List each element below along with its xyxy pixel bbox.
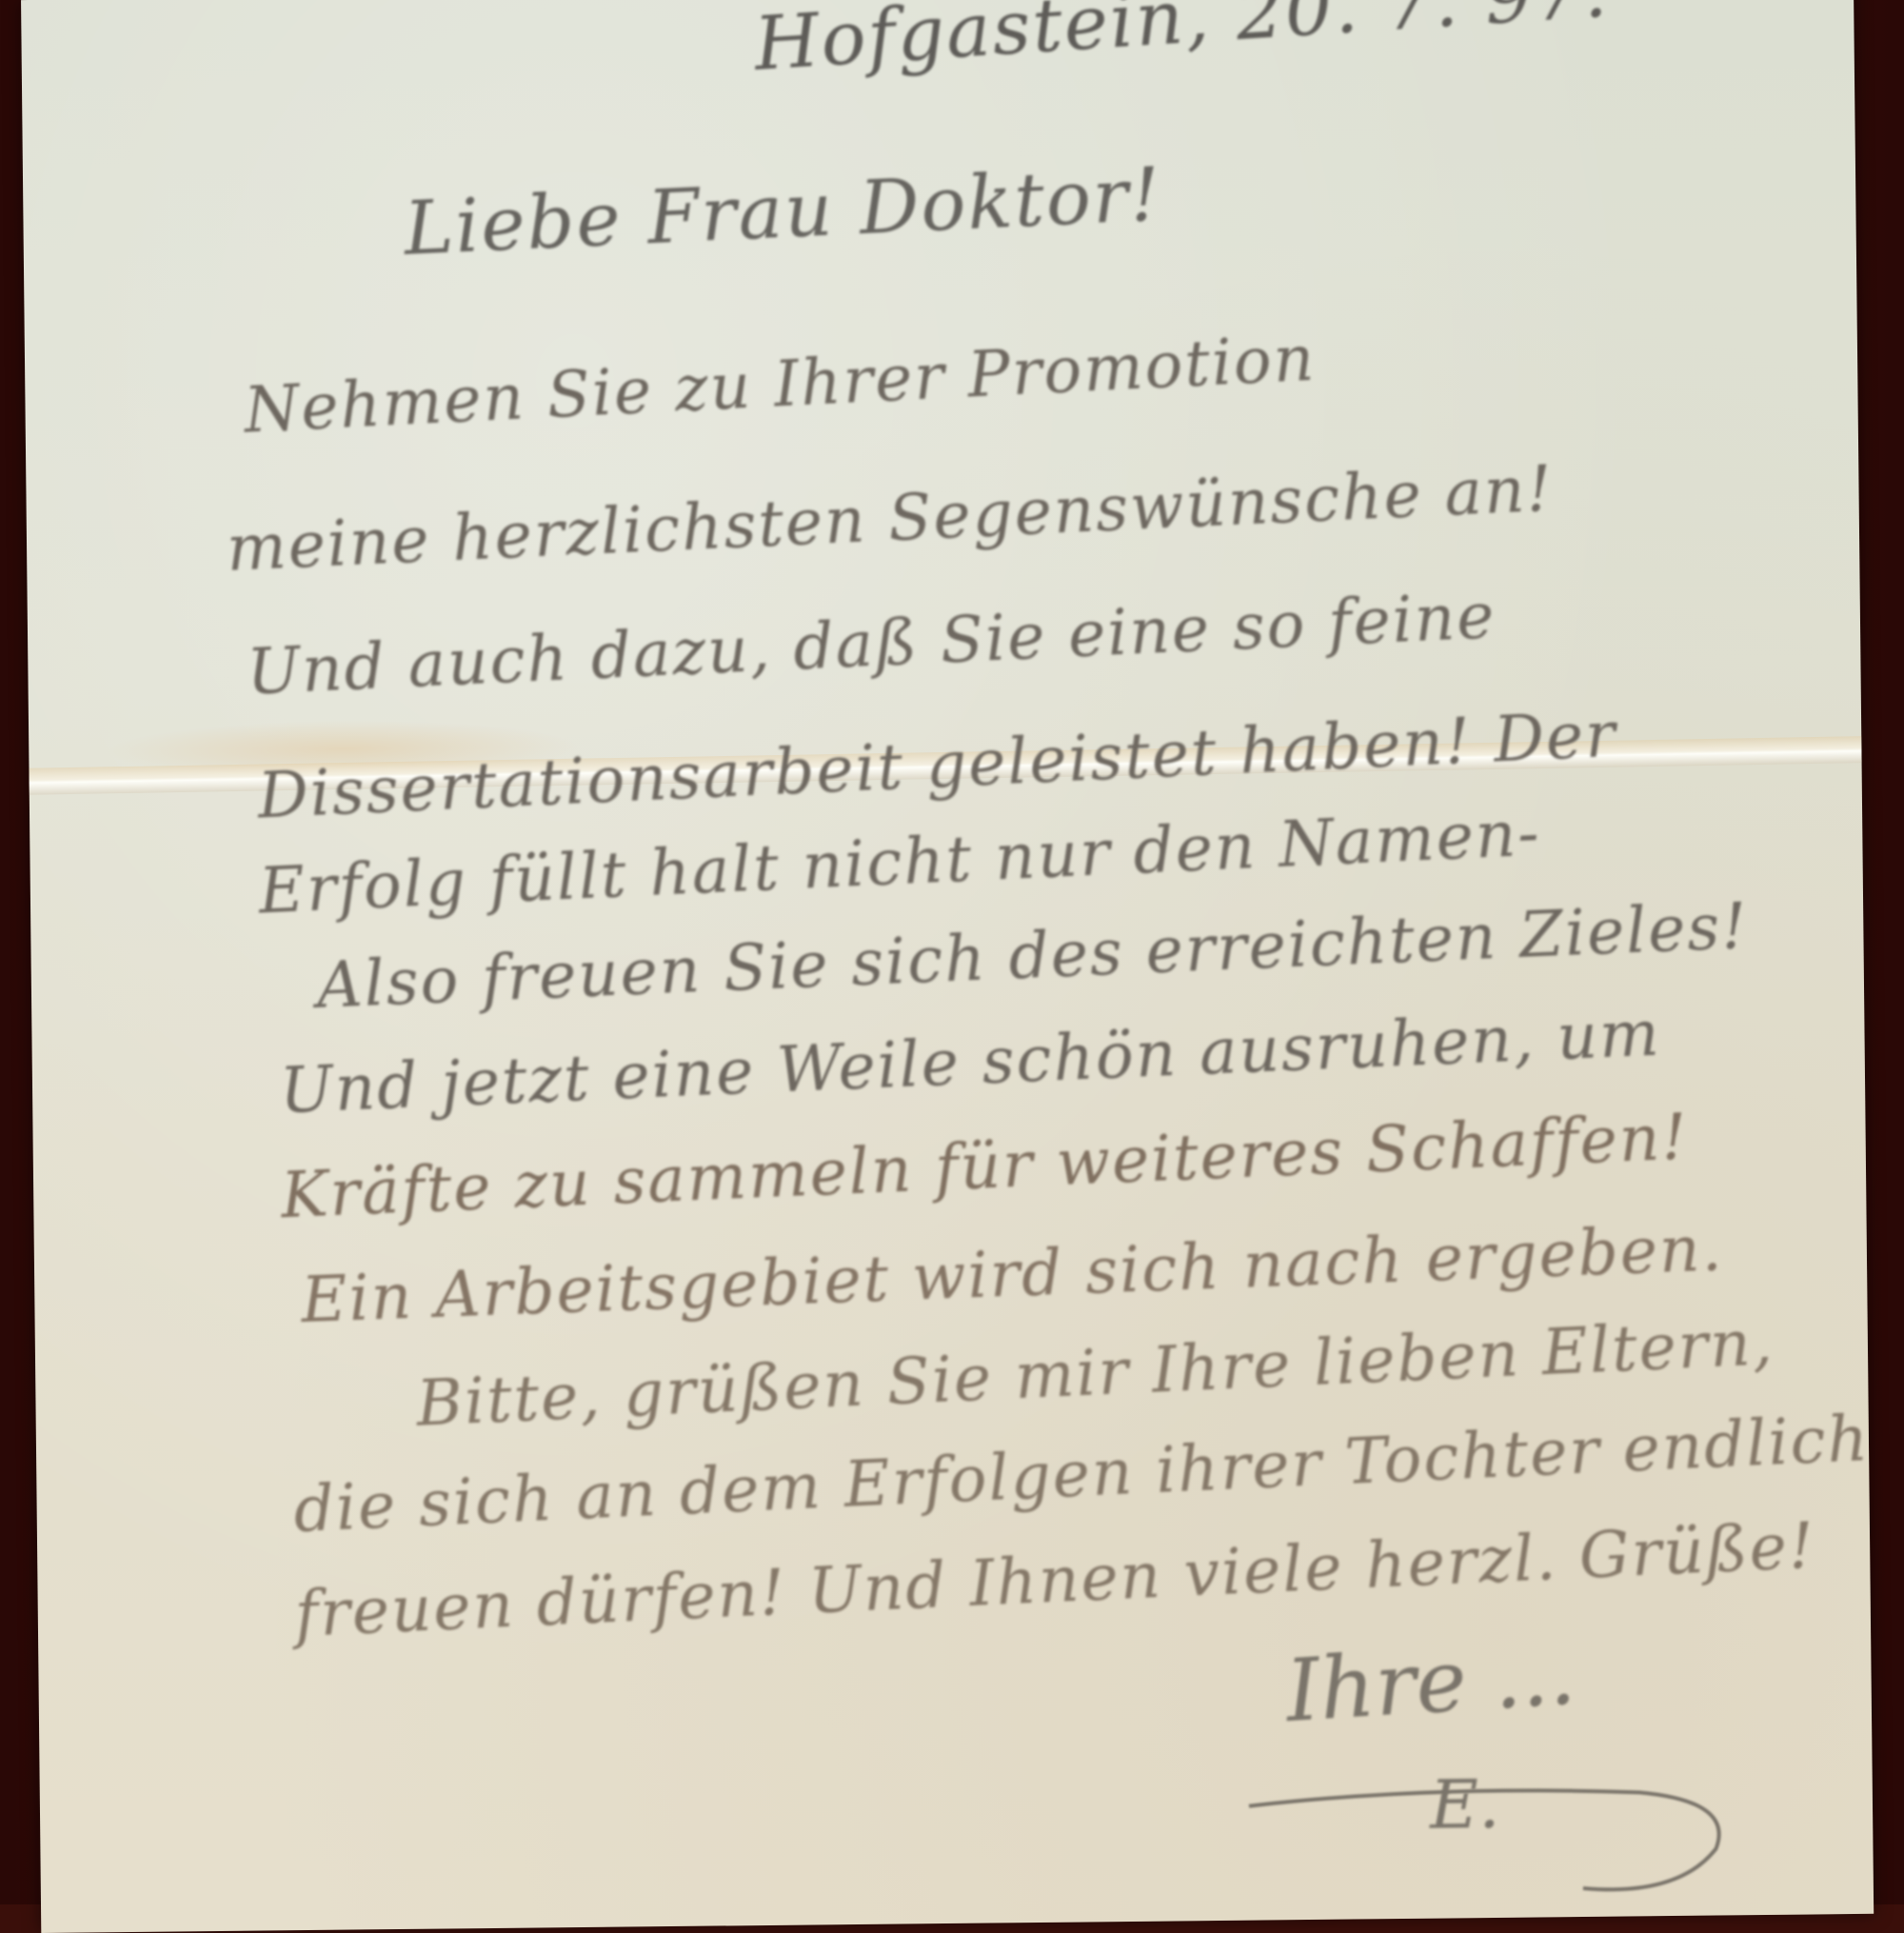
- letter-sheet: Hofgastein, 20. 7. 97. Liebe Frau Doktor…: [21, 0, 1874, 1904]
- letter-body-line: Nehmen Sie zu Ihrer Promotion: [243, 322, 1318, 448]
- letter-body-line: Und auch dazu, daß Sie eine so feine: [246, 579, 1497, 708]
- letter-place-date: Hofgastein, 20. 7. 97.: [752, 0, 1612, 88]
- signature-flourish-icon: [1240, 1763, 1774, 1902]
- letter-body-line: Kräfte zu sammeln für weiteres Schaffen!: [280, 1100, 1691, 1232]
- letter-signature: Ihre ...: [1283, 1624, 1578, 1742]
- letter-body-line: meine herzlichsten Segenswünsche an!: [225, 452, 1555, 586]
- letter-body-line: Und jetzt eine Weile schön ausruhen, um: [278, 997, 1662, 1128]
- letter-salutation: Liebe Frau Doktor!: [403, 152, 1164, 272]
